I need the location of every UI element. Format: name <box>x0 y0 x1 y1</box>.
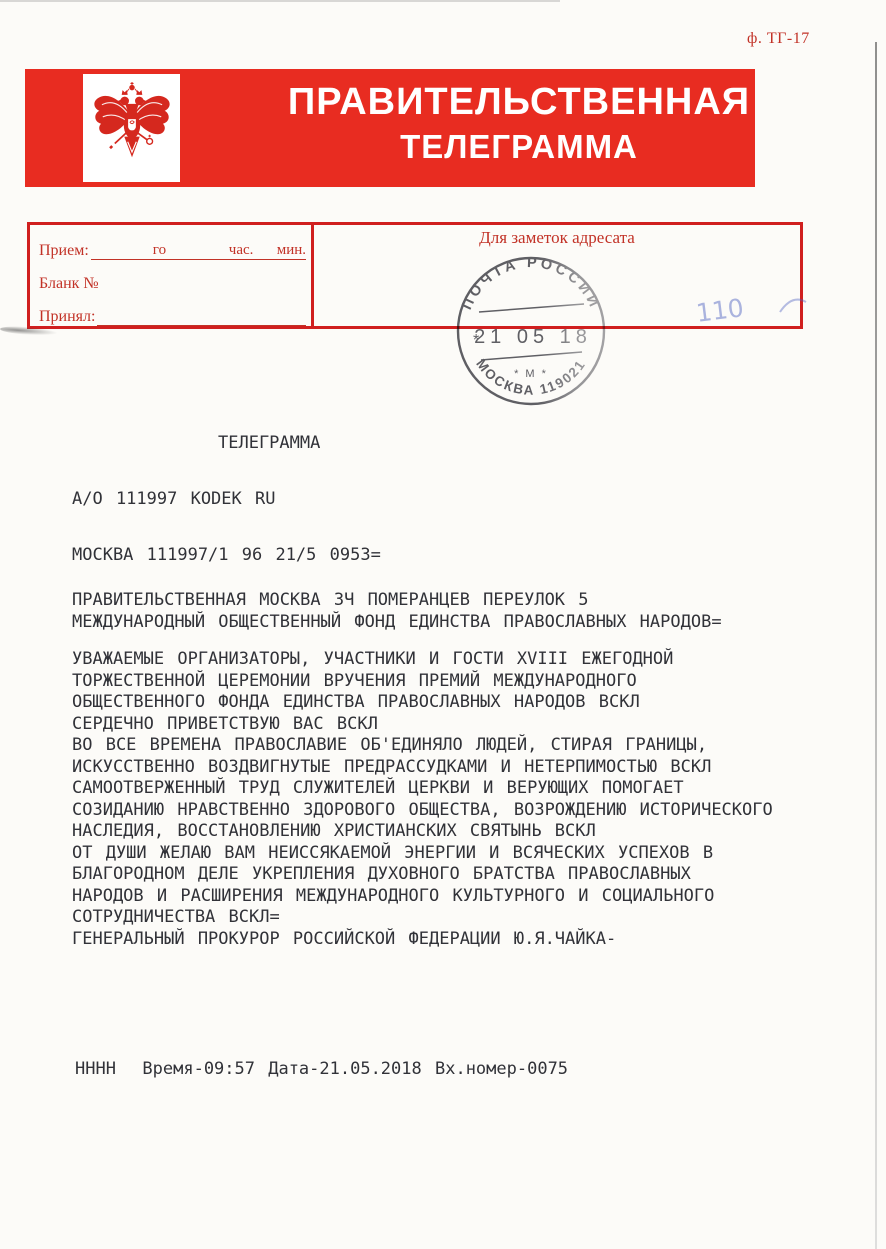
notes-box-title: Для заметок адресата <box>314 228 800 248</box>
prinyal-blank-line <box>97 306 306 326</box>
telegram-body-block: УВАЖАЕМЫЕ ОРГАНИЗАТОРЫ, УЧАСТНИКИ И ГОСТ… <box>72 649 773 950</box>
telegram-text-line: ИСКУССТВЕННО ВОЗДВИГНУТЫЕ ПРЕДРАССУДКАМИ… <box>72 757 773 779</box>
telegram-address-code: А/О 111997 KODEK RU <box>72 489 275 511</box>
stamp-date: 21 05 18 <box>474 326 592 348</box>
telegram-text-line: СОТРУДНИЧЕСТВА ВСКЛ= <box>72 907 773 929</box>
prinyal-row: Принял: <box>39 306 306 326</box>
coat-of-arms-box <box>83 74 180 182</box>
handwritten-mark: 110 <box>694 293 745 328</box>
telegram-recipient-block: ПРАВИТЕЛЬСТВЕННАЯ МОСКВА 3Ч ПОМЕРАНЦЕВ П… <box>72 590 722 633</box>
priem-blank-line: го час. мин. <box>91 240 306 260</box>
header-banner: ПРАВИТЕЛЬСТВЕННАЯ ТЕЛЕГРАММА <box>25 69 755 187</box>
telegram-text-line: ОБЩЕСТВЕННОГО ФОНДА ЕДИНСТВА ПРАВОСЛАВНЫ… <box>72 692 773 714</box>
telegram-text-line: ГЕНЕРАЛЬНЫЙ ПРОКУРОР РОССИЙСКОЙ ФЕДЕРАЦИ… <box>72 929 773 951</box>
scan-artifact-top-edge <box>0 0 560 2</box>
priem-row: Прием: го час. мин. <box>39 240 306 260</box>
banner-title-line2: ТЕЛЕГРАММА <box>280 129 758 165</box>
telegram-text-line: УВАЖАЕМЫЕ ОРГАНИЗАТОРЫ, УЧАСТНИКИ И ГОСТ… <box>72 649 773 671</box>
telegram-text-line: НАРОДОВ И РАСШИРЕНИЯ МЕЖДУНАРОДНОГО КУЛЬ… <box>72 886 773 908</box>
unit-go-label: го <box>153 242 166 259</box>
prinyal-label: Принял: <box>39 308 95 326</box>
stamp-center-mark: * М * <box>514 368 548 380</box>
form-code: ф. ТГ-17 <box>747 30 810 48</box>
telegram-text-line: САМООТВЕРЖЕННЫЙ ТРУД СЛУЖИТЕЛЕЙ ЦЕРКВИ И… <box>72 778 773 800</box>
telegram-text-line: БЛАГОРОДНОМ ДЕЛЕ УКРЕПЛЕНИЯ ДУХОВНОГО БР… <box>72 864 773 886</box>
priem-label: Прием: <box>39 242 89 260</box>
telegram-scan-page: ф. ТГ-17 <box>0 0 886 1249</box>
unit-min-label: мин. <box>277 242 306 259</box>
blank-number-label: Бланк № <box>39 275 99 293</box>
telegram-text-line: ВО ВСЕ ВРЕМЕНА ПРАВОСЛАВИЕ ОБ'ЕДИНЯЛО ЛЮ… <box>72 735 773 757</box>
unit-chas-label: час. <box>229 242 254 259</box>
scan-artifact-right-edge <box>875 42 877 1249</box>
telegram-text-line: НАСЛЕДИЯ, ВОССТАНОВЛЕНИЮ ХРИСТИАНСКИХ СВ… <box>72 821 773 843</box>
telegram-text-line: СЕРДЕЧНО ПРИВЕТСТВУЮ ВАС ВСКЛ <box>72 714 773 736</box>
postmark-stamp: ПОЧТА РОССИИ МОСКВА 119021 * 21 05 18 * … <box>446 246 616 416</box>
banner-title-line1: ПРАВИТЕЛЬСТВЕННАЯ <box>280 81 758 123</box>
telegram-text-line: ТОРЖЕСТВЕННОЙ ЦЕРЕМОНИИ ВРУЧЕНИЯ ПРЕМИЙ … <box>72 671 773 693</box>
blank-number-row: Бланк № <box>39 275 306 293</box>
telegram-routing-line: МОСКВА 111997/1 96 21/5 0953= <box>72 545 381 567</box>
telegram-text-line: ПРАВИТЕЛЬСТВЕННАЯ МОСКВА 3Ч ПОМЕРАНЦЕВ П… <box>72 590 722 612</box>
telegram-text-line: СОЗИДАНИЮ НРАВСТВЕННО ЗДОРОВОГО ОБЩЕСТВА… <box>72 800 773 822</box>
double-headed-eagle-icon <box>89 79 175 177</box>
banner-title: ПРАВИТЕЛЬСТВЕННАЯ ТЕЛЕГРАММА <box>280 81 758 165</box>
telegram-footer-line: НННН Время-09:57 Дата-21.05.2018 Вх.номе… <box>75 1059 568 1081</box>
telegram-heading: ТЕЛЕГРАММА <box>218 433 320 455</box>
telegram-text-line: МЕЖДУНАРОДНЫЙ ОБЩЕСТВЕННЫЙ ФОНД ЕДИНСТВА… <box>72 612 722 634</box>
pen-stroke-icon <box>778 292 808 316</box>
telegram-text-line: ОТ ДУШИ ЖЕЛАЮ ВАМ НЕИССЯКАЕМОЙ ЭНЕРГИИ И… <box>72 843 773 865</box>
reception-box: Прием: го час. мин. Бланк № Принял: <box>27 222 314 329</box>
